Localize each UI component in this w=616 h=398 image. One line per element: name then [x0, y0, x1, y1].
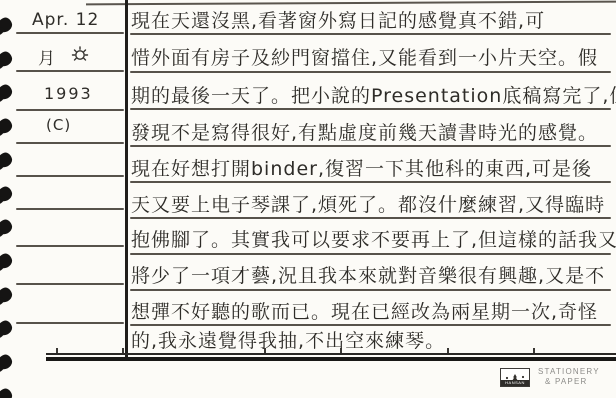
tick-mark — [56, 348, 58, 353]
tick-mark — [122, 348, 124, 353]
spiral-binding-hole — [0, 50, 14, 68]
margin-ruled-line — [16, 70, 124, 72]
year-entry: 1993 — [44, 84, 93, 103]
stationery-brand-logo: HANSAN — [500, 368, 530, 387]
diary-line: 的,我永遠覺得我抽,不出空來練琴。 — [131, 329, 613, 353]
spiral-binding-hole — [0, 16, 14, 34]
margin-ruled-line — [16, 208, 124, 210]
margin-divider-line — [125, 0, 128, 358]
footer-border-thick — [46, 357, 616, 361]
margin-ruled-line — [16, 32, 124, 34]
ruled-line — [130, 289, 611, 291]
diary-page: Apr. 12 月 1993 (C) 現在天還沒黑,看著窗外寫日記的感覺真不錯,… — [0, 0, 616, 398]
spiral-binding-hole — [0, 286, 14, 304]
ruled-line — [130, 181, 611, 183]
ruled-line — [130, 108, 611, 110]
spiral-binding-hole — [0, 353, 14, 371]
diary-line: 期的最後一天了。把小說的Presentation底稿寫完了,但 — [131, 84, 613, 108]
margin-ruled-line — [16, 283, 124, 285]
diary-line: 想彈不好聽的歌而已。現在已經改為兩星期一次,奇怪 — [131, 300, 613, 324]
date-entry: Apr. 12 — [32, 10, 99, 30]
tree-emblem-icon — [501, 369, 529, 380]
weekday-entry: 月 — [38, 44, 55, 69]
brand-tagline-line1: STATIONERY — [538, 367, 600, 376]
diary-line: 將少了一項才藝,況且我本來就對音樂很有興趣,又是不 — [131, 264, 613, 288]
diary-line: 抱佛腳了。其實我可以要求不要再上了,但這樣的話我又 — [131, 228, 613, 252]
class-label-entry: (C) — [46, 116, 71, 134]
margin-ruled-line — [16, 142, 124, 144]
ruled-line — [130, 253, 611, 255]
diary-line: 現在天還沒黑,看著窗外寫日記的感覺真不錯,可 — [131, 9, 613, 33]
spiral-binding-hole — [0, 252, 14, 270]
ruled-line — [130, 71, 611, 73]
margin-ruled-line — [16, 322, 124, 324]
ruled-line — [130, 33, 611, 35]
ruled-line — [130, 324, 611, 326]
diary-line: 現在好想打開binder,復習一下其他科的東西,可是後 — [131, 157, 613, 181]
spiral-binding-hole — [0, 83, 14, 101]
spiral-binding-hole — [0, 387, 14, 398]
ruled-line — [130, 145, 611, 147]
margin-ruled-line — [16, 245, 124, 247]
logo-wordmark: HANSAN — [501, 380, 529, 386]
sun-icon — [70, 44, 90, 68]
spiral-binding-hole — [0, 117, 14, 135]
spiral-binding-hole — [0, 319, 14, 337]
top-ruled-line — [86, 1, 616, 6]
ruled-line — [130, 217, 611, 219]
diary-line: 惜外面有房子及紗門窗擋住,又能看到一小片天空。假 — [131, 46, 613, 70]
footer-border-thin — [46, 353, 616, 355]
brand-tagline-line2: & PAPER — [545, 377, 588, 386]
diary-line: 發現不是寫得很好,有點虛度前幾天讀書時光的感覺。 — [131, 121, 613, 145]
spiral-binding-hole — [0, 218, 14, 236]
margin-ruled-line — [16, 109, 124, 111]
margin-ruled-line — [16, 175, 124, 177]
spiral-binding-hole — [0, 185, 14, 203]
spiral-binding-hole — [0, 151, 14, 169]
diary-line: 天又要上电子琴課了,煩死了。都沒什麼練習,又得臨時 — [131, 193, 613, 217]
